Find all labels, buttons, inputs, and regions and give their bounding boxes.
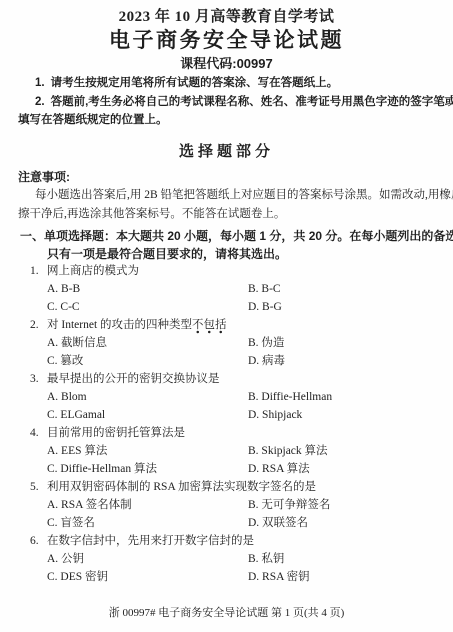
option-b: B. 私钥: [248, 553, 284, 565]
question-stem: 利用双钥密码体制的 RSA 加密算法实现数字签名的是: [47, 481, 316, 493]
instruction-2-line1: 2.答题前,考生务必将自己的考试课程名称、姓名、准考证号用黑色字迹的签字笔或钢笔: [18, 93, 443, 112]
question-3-stem-line: 3.最早提出的公开的密钥交换协议是: [30, 370, 447, 388]
option-c: C. Diffie-Hellman 算法: [47, 460, 248, 478]
paper-title: 电子商务安全导论试题: [0, 24, 453, 54]
option-a: A. RSA 签名体制: [47, 496, 248, 514]
question-1-options-row2: C. C-CD. B-G: [30, 298, 447, 316]
option-c: C. 篡改: [47, 352, 248, 370]
instruction-2-text-line1: 答题前,考生务必将自己的考试课程名称、姓名、准考证号用黑色字迹的签字笔或钢笔: [51, 96, 453, 108]
instruction-1: 1.请考生按规定用笔将所有试题的答案涂、写在答题纸上。: [18, 74, 443, 93]
question-2-options-row2: C. 篡改D. 病毒: [30, 352, 447, 370]
question-stem: 最早提出的公开的密钥交换协议是: [47, 373, 220, 385]
option-d: D. RSA 算法: [248, 463, 310, 475]
option-d: D. RSA 密钥: [248, 571, 310, 583]
question-3-options-row1: A. BlomB. Diffie-Hellman: [30, 388, 447, 406]
question-6-stem-line: 6.在数字信封中，先用来打开数字信封的是: [30, 532, 447, 550]
notice-line1: 每小题选出答案后,用 2B 铅笔把答题纸上对应题目的答案标号涂黑。如需改动,用橡…: [18, 186, 443, 205]
instructions-block: 1.请考生按规定用笔将所有试题的答案涂、写在答题纸上。 2.答题前,考生务必将自…: [18, 74, 443, 130]
option-d: D. 双联签名: [248, 517, 308, 529]
option-c: C. C-C: [47, 298, 248, 316]
question-2-options-row1: A. 截断信息B. 伪造: [30, 334, 447, 352]
option-c: C. DES 密钥: [47, 568, 248, 586]
part-one-heading-line1: 一、单项选择题：本大题共 20 小题，每小题 1 分，共 20 分。在每小题列出…: [20, 228, 445, 246]
question-5-options-row2: C. 盲签名D. 双联签名: [30, 514, 447, 532]
instruction-2-line2: 填写在答题纸规定的位置上。: [18, 111, 443, 130]
question-number: 2.: [30, 316, 47, 334]
option-d: D. Shipjack: [248, 409, 302, 421]
question-1-stem-line: 1.网上商店的模式为: [30, 262, 447, 280]
question-number: 4.: [30, 424, 47, 442]
question-3: 3.最早提出的公开的密钥交换协议是 A. BlomB. Diffie-Hellm…: [30, 370, 447, 424]
question-stem: 对 Internet 的攻击的四种类型: [47, 319, 192, 331]
option-b: B. B-C: [248, 283, 281, 295]
page-footer: 浙 00997# 电子商务安全导论试题 第 1 页(共 4 页): [0, 604, 453, 620]
instruction-1-number: 1.: [35, 77, 45, 89]
option-c: C. 盲签名: [47, 514, 248, 532]
question-5-options-row1: A. RSA 签名体制B. 无可争辩签名: [30, 496, 447, 514]
instruction-2-number: 2.: [35, 96, 45, 108]
notice-body: 每小题选出答案后,用 2B 铅笔把答题纸上对应题目的答案标号涂黑。如需改动,用橡…: [18, 186, 443, 223]
question-stem: 目前常用的密钥托管算法是: [47, 427, 185, 439]
question-number: 5.: [30, 478, 47, 496]
option-c: C. ELGamal: [47, 406, 248, 424]
option-a: A. 公钥: [47, 550, 248, 568]
question-6: 6.在数字信封中，先用来打开数字信封的是 A. 公钥B. 私钥 C. DES 密…: [30, 532, 447, 586]
question-2-stem-line: 2.对 Internet 的攻击的四种类型不包括: [30, 316, 447, 334]
option-d: D. 病毒: [248, 355, 285, 367]
question-5: 5.利用双钥密码体制的 RSA 加密算法实现数字签名的是 A. RSA 签名体制…: [30, 478, 447, 532]
question-stem: 网上商店的模式为: [47, 265, 139, 277]
option-b: B. 无可争辩签名: [248, 499, 330, 511]
option-a: A. Blom: [47, 388, 248, 406]
option-d: D. B-G: [248, 301, 282, 313]
question-1-options-row1: A. B-BB. B-C: [30, 280, 447, 298]
question-stem-emphasis: 不包括: [192, 319, 227, 334]
notice-title: 注意事项:: [18, 168, 70, 185]
instruction-1-text: 请考生按规定用笔将所有试题的答案涂、写在答题纸上。: [51, 77, 339, 89]
option-a: A. 截断信息: [47, 334, 248, 352]
question-4-stem-line: 4.目前常用的密钥托管算法是: [30, 424, 447, 442]
section-title: 选择题部分: [0, 140, 453, 161]
question-stem: 在数字信封中，先用来打开数字信封的是: [47, 535, 254, 547]
option-b: B. Skipjack 算法: [248, 445, 328, 457]
question-number: 3.: [30, 370, 47, 388]
option-b: B. Diffie-Hellman: [248, 391, 332, 403]
part-one-heading-line2: 只有一项是最符合题目要求的，请将其选出。: [20, 246, 445, 264]
course-code: 课程代码:00997: [0, 53, 453, 72]
question-2: 2.对 Internet 的攻击的四种类型不包括 A. 截断信息B. 伪造 C.…: [30, 316, 447, 370]
option-b: B. 伪造: [248, 337, 284, 349]
question-5-stem-line: 5.利用双钥密码体制的 RSA 加密算法实现数字签名的是: [30, 478, 447, 496]
question-4-options-row2: C. Diffie-Hellman 算法D. RSA 算法: [30, 460, 447, 478]
question-number: 6.: [30, 532, 47, 550]
part-one-heading: 一、单项选择题：本大题共 20 小题，每小题 1 分，共 20 分。在每小题列出…: [20, 228, 445, 263]
question-1: 1.网上商店的模式为 A. B-BB. B-C C. C-CD. B-G: [30, 262, 447, 316]
question-number: 1.: [30, 262, 47, 280]
question-6-options-row2: C. DES 密钥D. RSA 密钥: [30, 568, 447, 586]
question-4-options-row1: A. EES 算法B. Skipjack 算法: [30, 442, 447, 460]
option-a: A. B-B: [47, 280, 248, 298]
question-4: 4.目前常用的密钥托管算法是 A. EES 算法B. Skipjack 算法 C…: [30, 424, 447, 478]
exam-session-title: 2023 年 10 月高等教育自学考试: [0, 5, 453, 26]
option-a: A. EES 算法: [47, 442, 248, 460]
question-6-options-row1: A. 公钥B. 私钥: [30, 550, 447, 568]
question-list: 1.网上商店的模式为 A. B-BB. B-C C. C-CD. B-G 2.对…: [30, 262, 447, 586]
notice-line2: 擦干净后,再选涂其他答案标号。不能答在试题卷上。: [18, 205, 443, 224]
question-3-options-row2: C. ELGamalD. Shipjack: [30, 406, 447, 424]
exam-paper-page: 2023 年 10 月高等教育自学考试 电子商务安全导论试题 课程代码:0099…: [0, 0, 453, 632]
